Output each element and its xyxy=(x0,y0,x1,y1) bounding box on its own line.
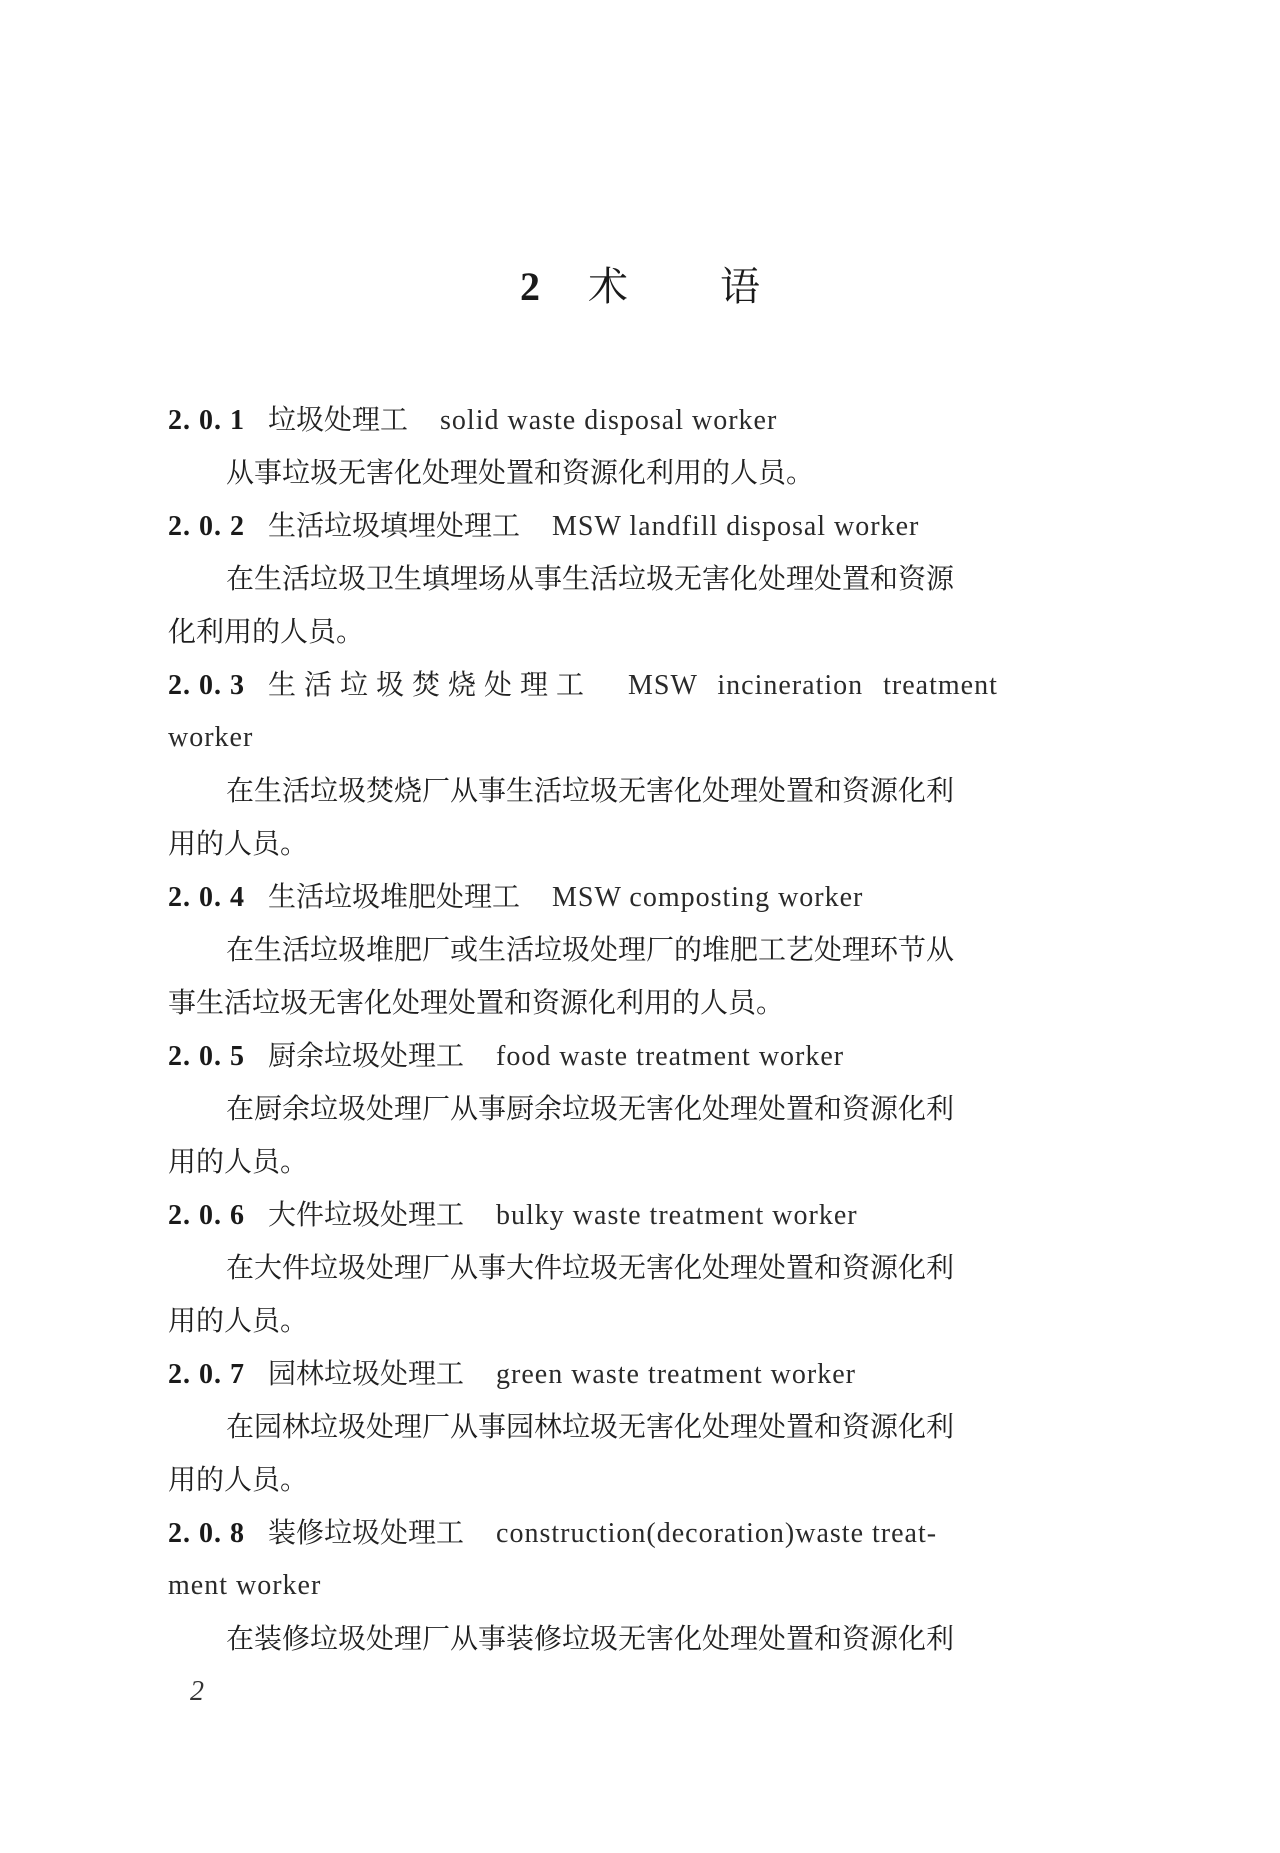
term-en-continuation: ment worker xyxy=(168,1559,1116,1612)
term-entry: 2. 0. 3生活垃圾焚烧处理工MSW incineration treatme… xyxy=(168,658,1116,870)
term-en-continuation: worker xyxy=(168,711,1116,764)
term-heading: 2. 0. 8装修垃圾处理工construction(decoration)wa… xyxy=(168,1506,1116,1559)
term-code: 2. 0. 8 xyxy=(168,1507,268,1560)
term-code: 2. 0. 1 xyxy=(168,394,268,447)
term-definition: 在园林垃圾处理厂从事园林垃圾无害化处理处置和资源化利 xyxy=(168,1400,1116,1453)
chapter-title-char-1: 术 xyxy=(588,262,628,312)
term-definition: 在厨余垃圾处理厂从事厨余垃圾无害化处理处置和资源化利 xyxy=(168,1082,1116,1135)
term-en: MSW landfill disposal worker xyxy=(552,511,919,542)
term-heading: 2. 0. 6大件垃圾处理工bulky waste treatment work… xyxy=(168,1188,1116,1241)
term-zh: 厨余垃圾处理工 xyxy=(268,1029,464,1082)
term-zh: 生活垃圾焚烧处理工 xyxy=(268,658,592,711)
term-code: 2. 0. 2 xyxy=(168,500,268,553)
term-entry: 2. 0. 7园林垃圾处理工green waste treatment work… xyxy=(168,1347,1116,1506)
term-zh: 垃圾处理工 xyxy=(268,393,408,446)
term-code: 2. 0. 3 xyxy=(168,659,268,712)
term-en: MSW composting worker xyxy=(552,882,863,913)
term-definition: 在大件垃圾处理厂从事大件垃圾无害化处理处置和资源化利 xyxy=(168,1241,1116,1294)
term-definition: 在生活垃圾焚烧厂从事生活垃圾无害化处理处置和资源化利 xyxy=(168,764,1116,817)
term-heading: 2. 0. 1垃圾处理工solid waste disposal worker xyxy=(168,393,1116,446)
term-definition: 在生活垃圾堆肥厂或生活垃圾处理厂的堆肥工艺处理环节从 xyxy=(168,923,1116,976)
term-definition: 用的人员。 xyxy=(168,1453,1116,1506)
term-en: green waste treatment worker xyxy=(496,1359,856,1390)
term-heading: 2. 0. 5厨余垃圾处理工food waste treatment worke… xyxy=(168,1029,1116,1082)
term-zh: 园林垃圾处理工 xyxy=(268,1347,464,1400)
term-code: 2. 0. 7 xyxy=(168,1348,268,1401)
term-definition: 在装修垃圾处理厂从事装修垃圾无害化处理处置和资源化利 xyxy=(168,1612,1116,1665)
term-en: construction(decoration)waste treat- xyxy=(496,1518,937,1549)
term-entry: 2. 0. 6大件垃圾处理工bulky waste treatment work… xyxy=(168,1188,1116,1347)
term-heading: 2. 0. 3生活垃圾焚烧处理工MSW incineration treatme… xyxy=(168,658,1116,711)
document-page: 2术语 2. 0. 1垃圾处理工solid waste disposal wor… xyxy=(0,0,1280,1853)
term-entry: 2. 0. 8装修垃圾处理工construction(decoration)wa… xyxy=(168,1506,1116,1665)
chapter-title: 2术语 xyxy=(0,262,1280,312)
term-definition: 在生活垃圾卫生填埋场从事生活垃圾无害化处理处置和资源 xyxy=(168,552,1116,605)
page-number: 2 xyxy=(190,1676,204,1708)
term-en: bulky waste treatment worker xyxy=(496,1200,858,1231)
term-definition: 用的人员。 xyxy=(168,1135,1116,1188)
term-zh: 生活垃圾堆肥处理工 xyxy=(268,870,520,923)
term-zh: 生活垃圾填埋处理工 xyxy=(268,499,520,552)
term-en: food waste treatment worker xyxy=(496,1041,844,1072)
term-code: 2. 0. 5 xyxy=(168,1030,268,1083)
term-code: 2. 0. 6 xyxy=(168,1189,268,1242)
term-code: 2. 0. 4 xyxy=(168,871,268,924)
term-definition: 从事垃圾无害化处理处置和资源化利用的人员。 xyxy=(168,446,1116,499)
terms-list: 2. 0. 1垃圾处理工solid waste disposal worker … xyxy=(168,393,1116,1665)
chapter-title-char-2: 语 xyxy=(720,262,760,312)
term-heading: 2. 0. 4生活垃圾堆肥处理工MSW composting worker xyxy=(168,870,1116,923)
term-heading: 2. 0. 7园林垃圾处理工green waste treatment work… xyxy=(168,1347,1116,1400)
term-heading: 2. 0. 2生活垃圾填埋处理工MSW landfill disposal wo… xyxy=(168,499,1116,552)
chapter-number: 2 xyxy=(520,262,540,312)
term-zh: 大件垃圾处理工 xyxy=(268,1188,464,1241)
term-zh: 装修垃圾处理工 xyxy=(268,1506,464,1559)
term-en: MSW incineration treatment xyxy=(628,670,998,701)
term-definition: 用的人员。 xyxy=(168,1294,1116,1347)
term-entry: 2. 0. 1垃圾处理工solid waste disposal worker … xyxy=(168,393,1116,499)
term-definition: 用的人员。 xyxy=(168,817,1116,870)
term-entry: 2. 0. 2生活垃圾填埋处理工MSW landfill disposal wo… xyxy=(168,499,1116,658)
term-definition: 事生活垃圾无害化处理处置和资源化利用的人员。 xyxy=(168,976,1116,1029)
term-entry: 2. 0. 4生活垃圾堆肥处理工MSW composting worker 在生… xyxy=(168,870,1116,1029)
term-en: solid waste disposal worker xyxy=(440,405,777,436)
term-definition: 化利用的人员。 xyxy=(168,605,1116,658)
term-entry: 2. 0. 5厨余垃圾处理工food waste treatment worke… xyxy=(168,1029,1116,1188)
